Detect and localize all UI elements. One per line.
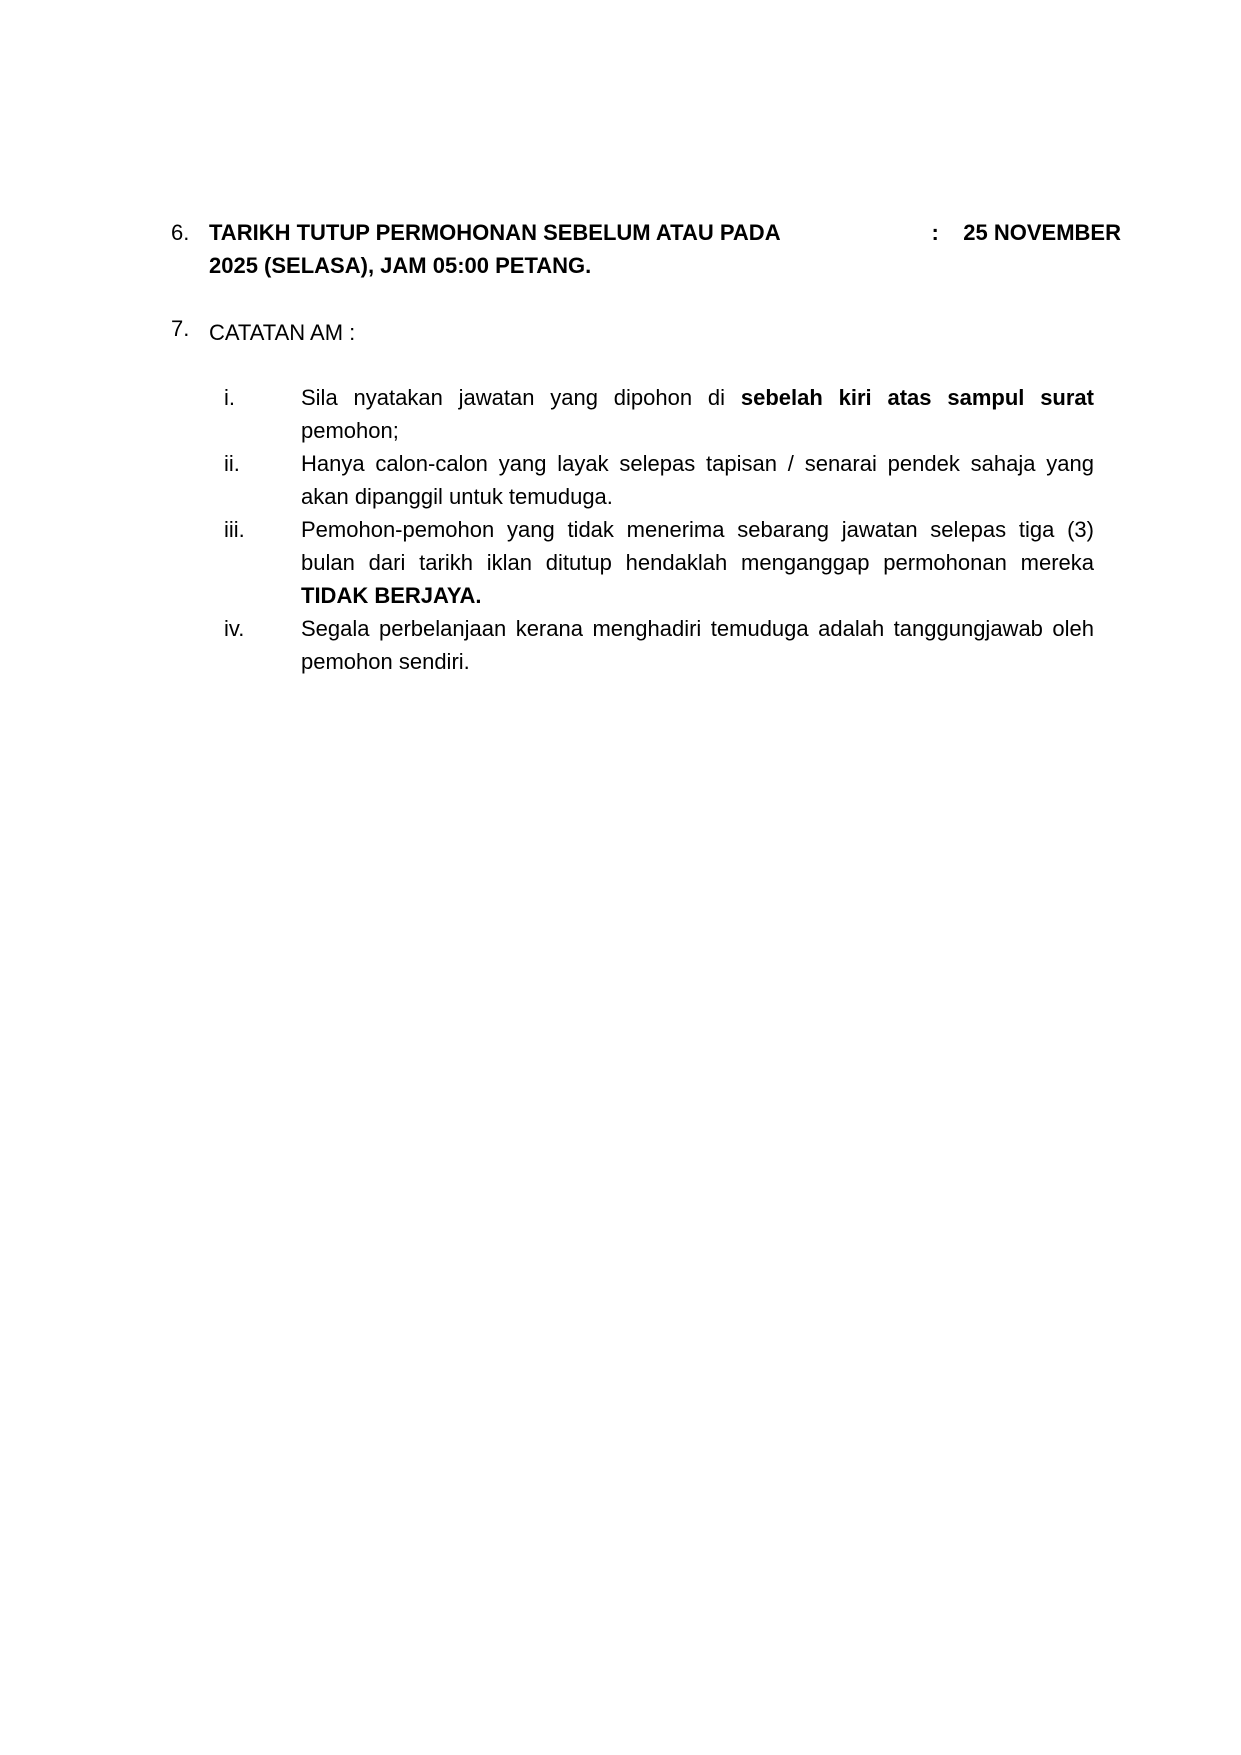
section-general-notes: 7. CATATAN AM : <box>171 316 1121 349</box>
section-number: 7. <box>171 316 189 342</box>
list-numeral: iii. <box>224 513 245 546</box>
list-item: ii. Hanya calon-calon yang layak selepas… <box>224 447 1094 513</box>
list-item: i. Sila nyatakan jawatan yang dipohon di… <box>224 381 1094 447</box>
section-number: 6. <box>171 216 189 249</box>
separator: : <box>932 220 939 245</box>
closing-date-label: TARIKH TUTUP PERMOHONAN SEBELUM ATAU PAD… <box>209 216 781 249</box>
closing-date-value-part1: 25 NOVEMBER <box>963 220 1121 245</box>
list-numeral: ii. <box>224 447 240 480</box>
emphasis: sebelah kiri atas sampul surat <box>741 385 1094 410</box>
list-item: iii. Pemohon-pemohon yang tidak menerima… <box>224 513 1094 612</box>
list-item: iv. Segala perbelanjaan kerana menghadir… <box>224 612 1094 678</box>
closing-date-value-part2: 2025 (SELASA), JAM 05:00 PETANG. <box>209 249 1121 282</box>
list-numeral: i. <box>224 381 235 414</box>
emphasis: TIDAK BERJAYA. <box>301 583 482 608</box>
list-numeral: iv. <box>224 612 244 645</box>
notes-list: i. Sila nyatakan jawatan yang dipohon di… <box>224 381 1094 678</box>
section-title: CATATAN AM : <box>209 316 1121 349</box>
section-closing-date: 6. TARIKH TUTUP PERMOHONAN SEBELUM ATAU … <box>171 216 1121 282</box>
closing-date-line: TARIKH TUTUP PERMOHONAN SEBELUM ATAU PAD… <box>209 216 1121 249</box>
